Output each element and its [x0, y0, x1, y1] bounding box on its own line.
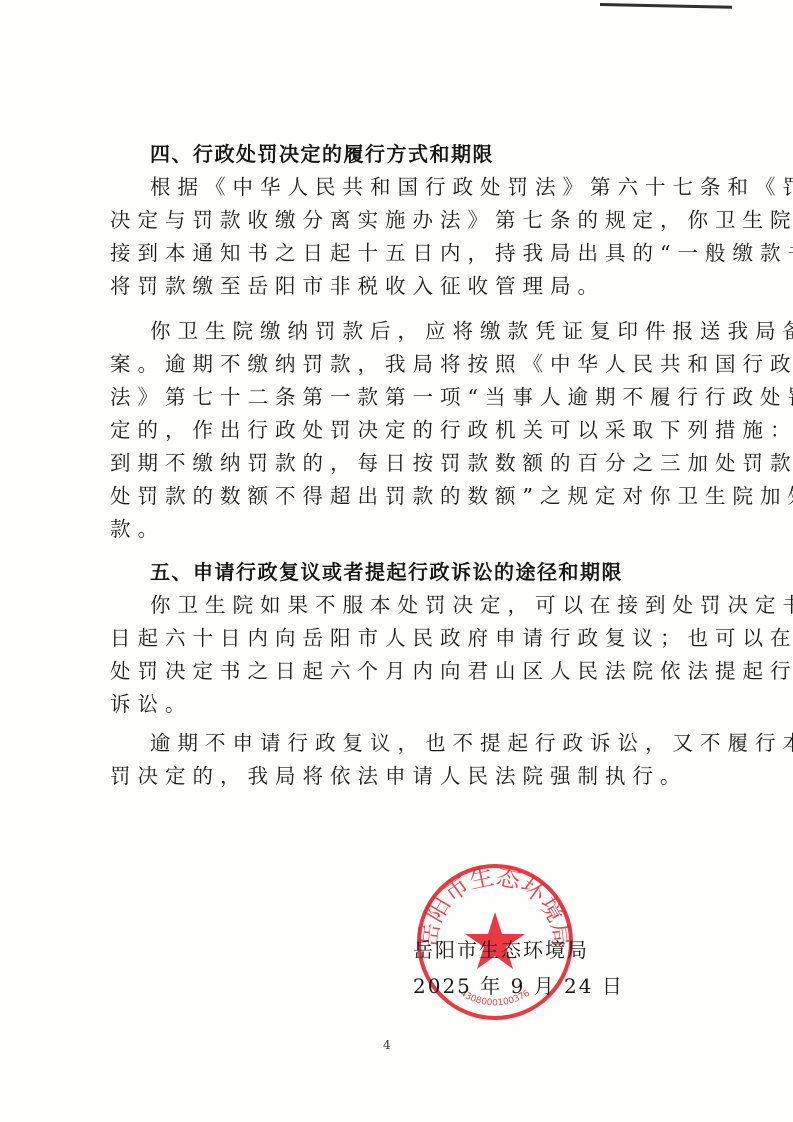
section-4-paragraph-1: 根据《中华人民共和国行政处罚法》第六十七条和《罚款 决定与罚款收缴分离实施办法》… [110, 171, 666, 303]
text-line: 诉讼。 [110, 688, 666, 721]
text-line: 接到本通知书之日起十五日内，持我局出具的“一般缴款书” [110, 237, 666, 270]
text-line: 款。 [110, 513, 666, 546]
text-line: 处罚决定书之日起六个月内向君山区人民法院依法提起行政 [110, 655, 666, 688]
text-line: 处罚款的数额不得超出罚款的数额”之规定对你卫生院加处罚 [110, 480, 666, 513]
section-5-heading: 五、申请行政复议或者提起行政诉讼的途径和期限 [110, 556, 666, 589]
text-line: 你卫生院缴纳罚款后，应将缴款凭证复印件报送我局备 [110, 315, 666, 348]
text-line: 法》第七十二条第一款第一项“当事人逾期不履行行政处罚决 [110, 381, 666, 414]
document-body: 四、行政处罚决定的履行方式和期限 根据《中华人民共和国行政处罚法》第六十七条和《… [110, 138, 666, 793]
scan-artifact-line [600, 3, 732, 9]
text-line: 将罚款缴至岳阳市非税收入征收管理局。 [110, 270, 666, 303]
text-line: 定的，作出行政处罚决定的行政机关可以采取下列措施：（一） [110, 414, 666, 447]
text-line: 逾期不申请行政复议，也不提起行政诉讼，又不履行本处 [110, 727, 666, 760]
text-line: 你卫生院如果不服本处罚决定，可以在接到处罚决定书之 [110, 589, 666, 622]
section-4-paragraph-2: 你卫生院缴纳罚款后，应将缴款凭证复印件报送我局备 案。逾期不缴纳罚款，我局将按照… [110, 315, 666, 546]
text-line: 到期不缴纳罚款的，每日按罚款数额的百分之三加处罚款，加 [110, 447, 666, 480]
page-number: 4 [383, 1038, 391, 1052]
text-line: 日起六十日内向岳阳市人民政府申请行政复议；也可以在接到 [110, 622, 666, 655]
signature-block: 岳阳市生态环境局 2025 年 9 月 24 日 [413, 932, 593, 1004]
issuer-name: 岳阳市生态环境局 [413, 932, 593, 968]
text-line: 案。逾期不缴纳罚款，我局将按照《中华人民共和国行政处罚 [110, 348, 666, 381]
text-line: 决定与罚款收缴分离实施办法》第七条的规定，你卫生院应于 [110, 204, 666, 237]
text-line: 根据《中华人民共和国行政处罚法》第六十七条和《罚款 [110, 171, 666, 204]
section-5-paragraph-2: 逾期不申请行政复议，也不提起行政诉讼，又不履行本处 罚决定的，我局将依法申请人民… [110, 727, 666, 793]
issue-date: 2025 年 9 月 24 日 [413, 968, 593, 1004]
section-5-paragraph-1: 你卫生院如果不服本处罚决定，可以在接到处罚决定书之 日起六十日内向岳阳市人民政府… [110, 589, 666, 721]
section-4-heading: 四、行政处罚决定的履行方式和期限 [110, 138, 666, 171]
text-line: 罚决定的，我局将依法申请人民法院强制执行。 [110, 760, 666, 793]
